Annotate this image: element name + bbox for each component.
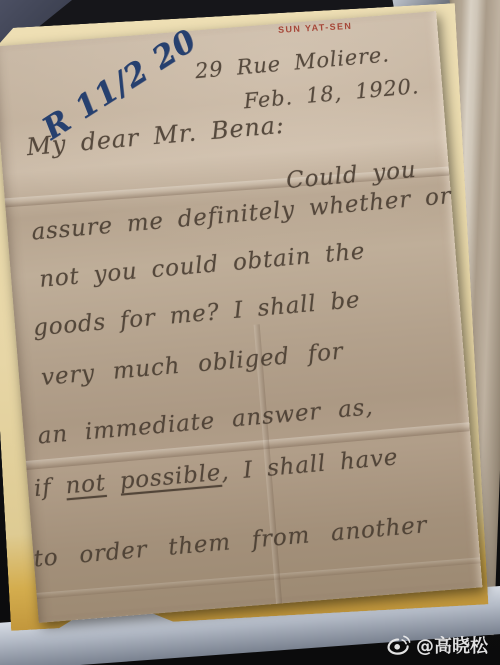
photo-of-letter: SUN YAT-SEN R 11/2 20 29 Rue Moliere. Fe…	[0, 0, 500, 665]
letter-date: Feb. 18, 1920.	[243, 74, 420, 113]
line-segment: to order them from another	[33, 512, 429, 572]
watermark-handle: @高晓松	[416, 632, 488, 658]
letter-line: to order them from another	[33, 512, 429, 572]
line-segment: very much obliged for	[40, 339, 344, 391]
letter-paper: SUN YAT-SEN R 11/2 20 29 Rue Moliere. Fe…	[0, 11, 482, 623]
red-archive-label: SUN YAT-SEN	[278, 21, 353, 35]
letter-line: not you could obtain the	[38, 238, 366, 292]
letter-line: very much obliged for	[40, 339, 344, 391]
line-segment: not you could obtain the	[38, 238, 366, 292]
underlined-word: possible	[119, 460, 223, 495]
letter-line: goods for me? I shall be	[32, 287, 361, 342]
weibo-eye-icon	[387, 635, 411, 655]
weibo-watermark: @高晓松	[387, 632, 488, 658]
letter-address: 29 Rue Moliere.	[194, 42, 390, 83]
underlined-word: not	[64, 470, 106, 499]
line-segment: goods for me? I shall be	[32, 287, 361, 342]
line-segment: if	[33, 473, 67, 502]
